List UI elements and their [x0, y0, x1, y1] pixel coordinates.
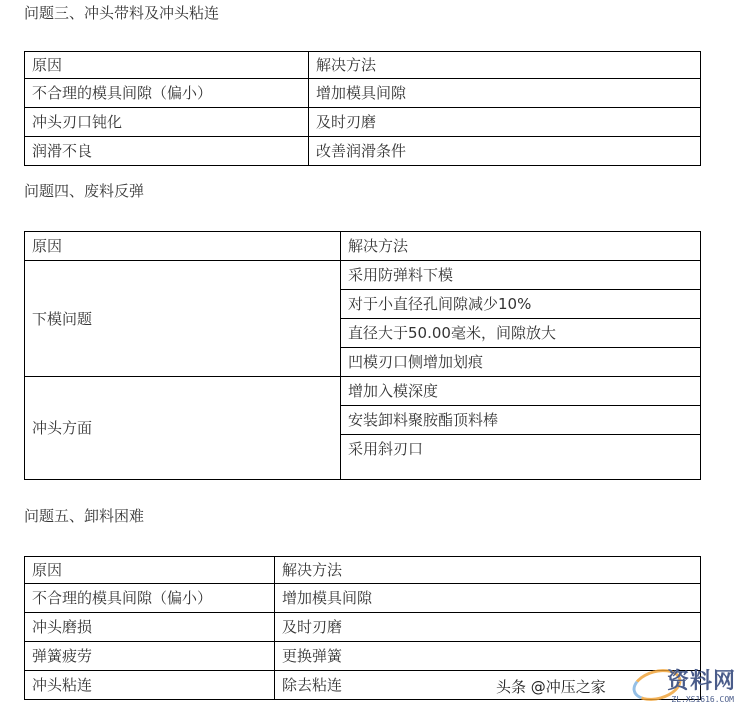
logo-text: 资料网 [667, 664, 736, 695]
solution-cell: 增加模具间隙 [275, 584, 701, 613]
table-row: 冲头方面 增加入模深度 [25, 377, 701, 406]
cause-cell: 不合理的模具间隙（偏小） [25, 584, 275, 613]
cause-cell: 润滑不良 [25, 137, 309, 166]
solution-cell: 增加入模深度 [341, 377, 701, 406]
header-cause: 原因 [25, 52, 309, 79]
solution-cell: 采用防弹料下模 [341, 261, 701, 290]
table-row: 冲头磨损 及时刃磨 [25, 613, 701, 642]
section-title-problem-3: 问题三、冲头带料及冲头粘连 [24, 2, 219, 24]
cause-cell: 冲头粘连 [25, 671, 275, 700]
solution-cell: 及时刃磨 [275, 613, 701, 642]
table-row: 不合理的模具间隙（偏小） 增加模具间隙 [25, 79, 701, 108]
solution-cell: 凹模刃口侧增加划痕 [341, 348, 701, 377]
header-cause: 原因 [25, 232, 341, 261]
table-row: 润滑不良 改善润滑条件 [25, 137, 701, 166]
section-title-problem-4: 问题四、废料反弹 [24, 180, 144, 202]
watermark-text: 头条 @冲压之家 [496, 676, 606, 697]
cause-cell: 冲头磨损 [25, 613, 275, 642]
table-row: 弹簧疲劳 更换弹簧 [25, 642, 701, 671]
table-header-row: 原因 解决方法 [25, 52, 701, 79]
table-row: 冲头刃口钝化 及时刃磨 [25, 108, 701, 137]
solution-cell: 及时刃磨 [309, 108, 701, 137]
section-title-problem-5: 问题五、卸料困难 [24, 505, 144, 527]
solution-cell: 改善润滑条件 [309, 137, 701, 166]
solution-cell: 增加模具间隙 [309, 79, 701, 108]
header-solution: 解决方法 [275, 557, 701, 584]
solution-cell: 安装卸料聚胺酯顶料棒 [341, 406, 701, 435]
table-header-row: 原因 解决方法 [25, 232, 701, 261]
solution-cell: 对于小直径孔间隙减少10% [341, 290, 701, 319]
cause-cell: 弹簧疲劳 [25, 642, 275, 671]
table-problem-4: 原因 解决方法 下模问题 采用防弹料下模 对于小直径孔间隙减少10% 直径大于5… [24, 231, 701, 480]
cause-cell-group: 冲头方面 [25, 377, 341, 480]
table-problem-3: 原因 解决方法 不合理的模具间隙（偏小） 增加模具间隙 冲头刃口钝化 及时刃磨 … [24, 51, 701, 166]
table-row: 不合理的模具间隙（偏小） 增加模具间隙 [25, 584, 701, 613]
logo-url-text: ZL.XS1616.COM [671, 695, 734, 704]
cause-cell-group: 下模问题 [25, 261, 341, 377]
watermark-logo: 资料网 ZL.XS1616.COM [620, 662, 738, 706]
header-solution: 解决方法 [309, 52, 701, 79]
cause-cell: 冲头刃口钝化 [25, 108, 309, 137]
solution-cell: 直径大于50.00毫米，间隙放大 [341, 319, 701, 348]
cause-cell: 不合理的模具间隙（偏小） [25, 79, 309, 108]
header-cause: 原因 [25, 557, 275, 584]
watermark-toutiao: 头条 @冲压之家 [496, 672, 606, 700]
solution-cell: 采用斜刃口 [341, 435, 701, 480]
table-row: 下模问题 采用防弹料下模 [25, 261, 701, 290]
table-header-row: 原因 解决方法 [25, 557, 701, 584]
header-solution: 解决方法 [341, 232, 701, 261]
